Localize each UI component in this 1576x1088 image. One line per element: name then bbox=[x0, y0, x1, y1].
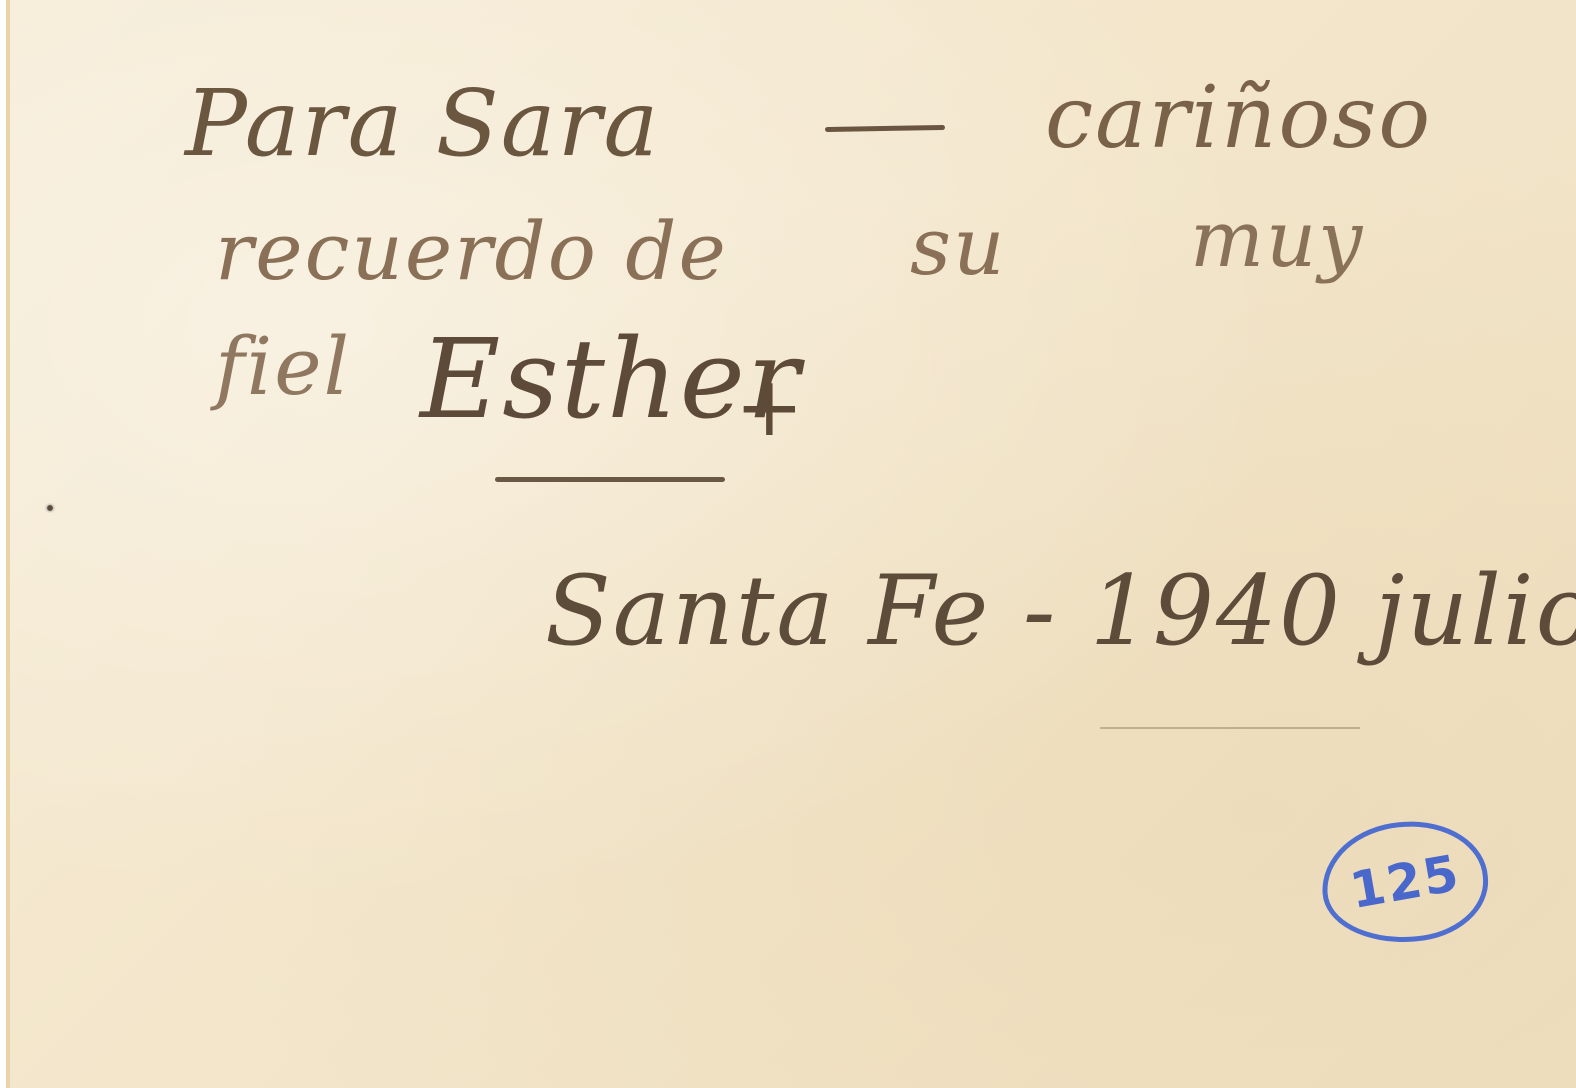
dash-separator bbox=[825, 125, 945, 132]
pin-hole bbox=[44, 503, 56, 513]
inscription-fiel: fiel bbox=[215, 320, 351, 413]
faint-pencil-line bbox=[1100, 727, 1360, 729]
place-date: Santa Fe - 1940 julio bbox=[545, 555, 1576, 667]
signature-underline bbox=[495, 477, 725, 482]
inscription-para-sara: Para Sara bbox=[185, 70, 660, 177]
inscription-recuerdo-de: recuerdo de bbox=[215, 205, 728, 298]
photo-card-back: Para Sara cariñoso recuerdo de su muy fi… bbox=[6, 0, 1576, 1088]
catalog-number-circle: 125 bbox=[1318, 816, 1492, 947]
inscription-su: su bbox=[910, 200, 1007, 293]
inscription-carinoso: cariñoso bbox=[1045, 68, 1432, 168]
cross-mark: + bbox=[735, 360, 806, 455]
inscription-muy: muy bbox=[1190, 195, 1364, 285]
catalog-number: 125 bbox=[1346, 844, 1465, 920]
